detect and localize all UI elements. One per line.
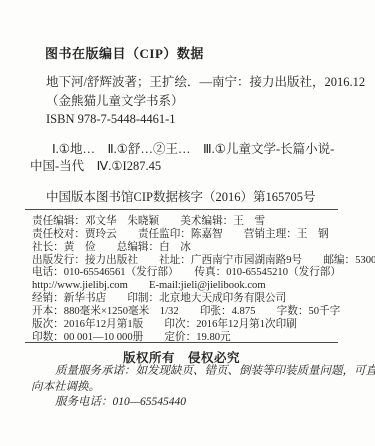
colophon-line-editors: 责任编辑：邓文华 朱晓颖 美术编辑：王 雪 <box>32 216 355 229</box>
colophon-line-distribution-printing: 经销：新华书店 印制：北京地大天成印务有限公司 <box>32 293 355 306</box>
isbn-line: ISBN 978-7-5448-4461-1 <box>46 110 355 129</box>
colophon-line-publisher: 出版发行：接力出版社 社址：广西南宁市园湖南路9号 邮编：530022 <box>32 255 355 268</box>
notice-line: 向本社调换。 <box>31 380 355 396</box>
colophon-line-phone-fax: 电话：010-65546561（发行部） 传真：010-65545210（发行部… <box>32 267 355 280</box>
colophon-block: 责任编辑：邓文华 朱晓颖 美术编辑：王 雪 责任校对：贾玲云 责任监印：陈嘉智 … <box>32 216 355 344</box>
cip-entry-block: 地下河/舒辉波著；王扩绘．—南宁：接力出版社，2016.12 （金熊猫儿童文学书… <box>46 73 355 129</box>
colophon-line-web-email: http://www.jielibj.com E-mail:jieli@jiel… <box>32 280 355 293</box>
cip-classification-block: Ⅰ.①地… Ⅱ.①舒…②王… Ⅲ.①儿童文学-长篇小说- 中国-当代 Ⅳ.①I2… <box>30 141 355 176</box>
colophon-line-edition: 版次：2016年12月第1版 印次：2016年12月第1次印刷 <box>32 319 355 332</box>
classification-line: 中国-当代 Ⅳ.①I287.45 <box>30 158 355 175</box>
notice-service-phone: 服务电话：010—65545440 <box>31 395 355 411</box>
cip-series-line: （金熊猫儿童文学书系） <box>46 92 355 111</box>
quality-service-notice: 质量服务承诺：如发现缺页、错页、倒装等印装质量问题，可直接 向本社调换。 服务电… <box>31 364 355 411</box>
divider-top <box>25 209 338 210</box>
cip-heading: 图书在版编目（CIP）数据 <box>45 43 204 62</box>
notice-line: 质量服务承诺：如发现缺页、错页、倒装等印装质量问题，可直接 <box>31 364 355 380</box>
divider-bottom <box>25 342 338 343</box>
colophon-line-proofing: 责任校对：贾玲云 责任监印：陈嘉智 营销主理：王 钢 <box>32 229 355 242</box>
classification-line: Ⅰ.①地… Ⅱ.①舒…②王… Ⅲ.①儿童文学-长篇小说- <box>30 141 355 158</box>
book-copyright-page: 图书在版编目（CIP）数据 地下河/舒辉波著；王扩绘．—南宁：接力出版社，201… <box>0 0 375 446</box>
colophon-line-director: 社长：黄 俭 总编辑：白 冰 <box>32 242 355 255</box>
colophon-line-format: 开本：880毫米×1250毫米 1/32 印张：4.875 字数：50千字 <box>32 306 355 319</box>
cip-entry-line: 地下河/舒辉波著；王扩绘．—南宁：接力出版社，2016.12 <box>46 73 355 92</box>
cip-record-number: 中国版本图书馆CIP数据核字（2016）第165705号 <box>46 187 315 205</box>
